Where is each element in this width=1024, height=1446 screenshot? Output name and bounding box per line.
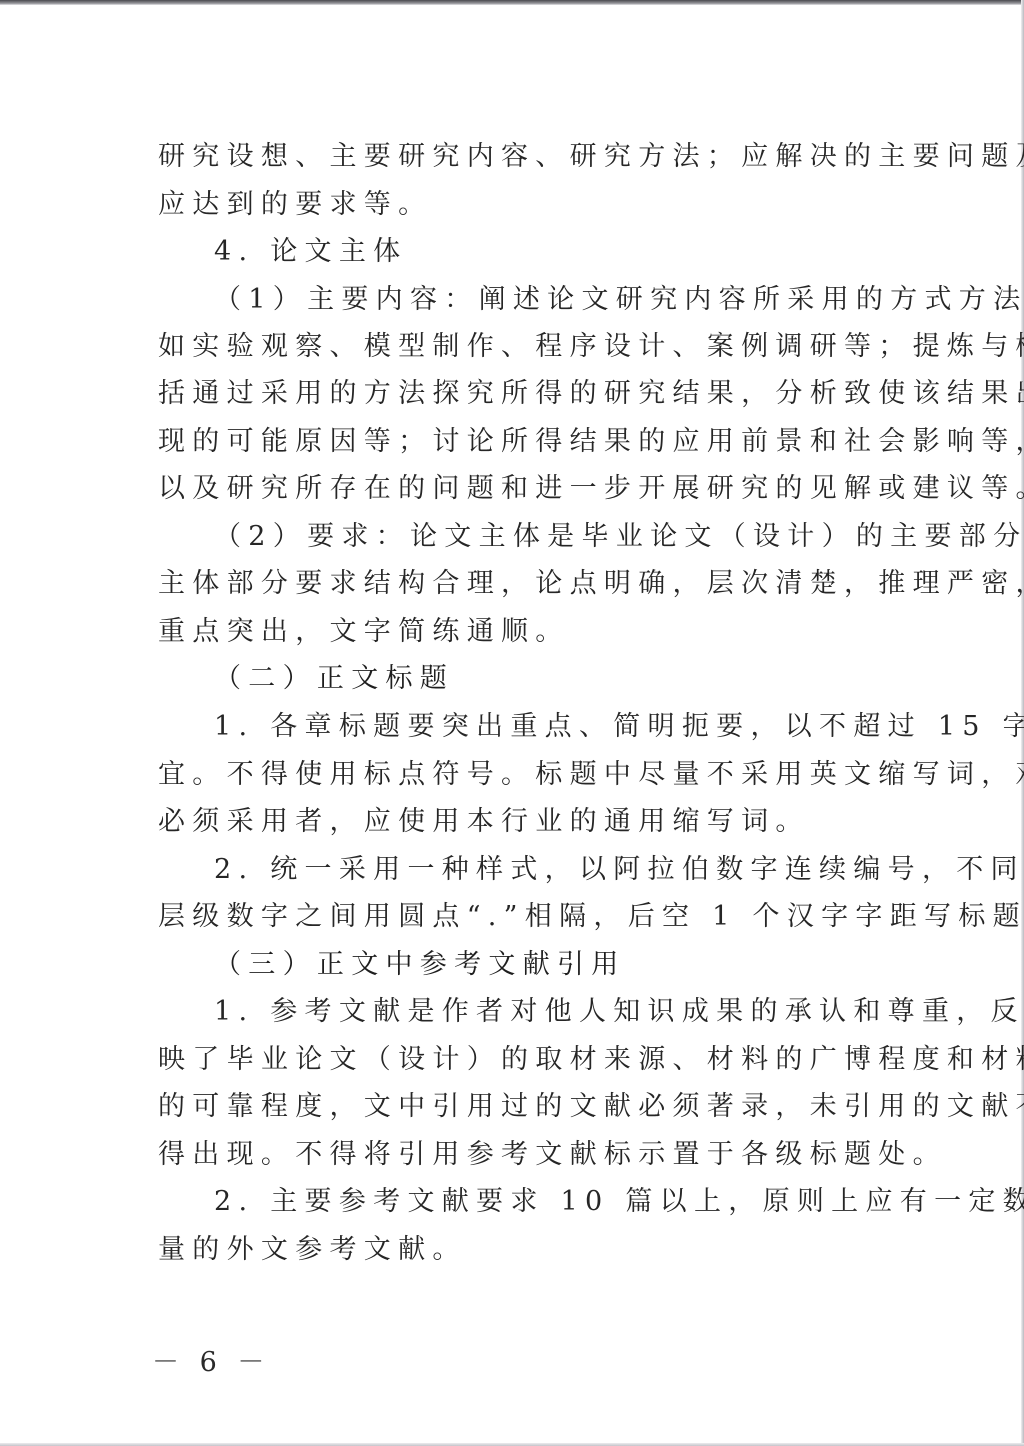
body-text-line: 应达到的要求等。 <box>158 187 870 223</box>
body-text-line: 如实验观察、模型制作、程序设计、案例调研等；提炼与概 <box>158 329 870 365</box>
body-text-line: 层级数字之间用圆点“.”相隔，后空 1 个汉字字距写标题。 <box>158 899 870 935</box>
body-text-line: 重点突出，文字简练通顺。 <box>158 614 870 650</box>
page-number: － 6 － <box>152 1346 270 1380</box>
body-text-line: 得出现。不得将引用参考文献标示置于各级标题处。 <box>158 1137 870 1173</box>
body-text-line: 必须采用者，应使用本行业的通用缩写词。 <box>158 804 870 840</box>
body-text-line: 宜。不得使用标点符号。标题中尽量不采用英文缩写词，对 <box>158 757 870 793</box>
paragraph-start: 2. 统一采用一种样式，以阿拉伯数字连续编号，不同 <box>214 852 870 888</box>
paragraph-start: （2）要求：论文主体是毕业论文（设计）的主要部分， <box>214 519 870 555</box>
body-text-line: 研究设想、主要研究内容、研究方法；应解决的主要问题及 <box>158 139 870 175</box>
subsection-heading: 4. 论文主体 <box>214 234 870 270</box>
paragraph-start: （1）主要内容：阐述论文研究内容所采用的方式方法， <box>214 282 870 318</box>
body-text-line: 主体部分要求结构合理，论点明确，层次清楚，推理严密， <box>158 566 870 602</box>
body-text-line: 映了毕业论文（设计）的取材来源、材料的广博程度和材料 <box>158 1042 870 1078</box>
paragraph-start: 2. 主要参考文献要求 10 篇以上，原则上应有一定数 <box>214 1184 870 1220</box>
body-text-line: 以及研究所存在的问题和进一步开展研究的见解或建议等。 <box>158 471 870 507</box>
body-text-line: 量的外文参考文献。 <box>158 1232 870 1268</box>
body-text-line: 的可靠程度，文中引用过的文献必须著录，未引用的文献不 <box>158 1089 870 1125</box>
paragraph-start: 1. 参考文献是作者对他人知识成果的承认和尊重，反 <box>214 994 870 1030</box>
document-page: 研究设想、主要研究内容、研究方法；应解决的主要问题及 应达到的要求等。 4. 论… <box>0 0 1024 1446</box>
section-heading: （二）正文标题 <box>214 661 870 697</box>
section-heading: （三）正文中参考文献引用 <box>214 947 870 983</box>
body-text-line: 现的可能原因等；讨论所得结果的应用前景和社会影响等， <box>158 424 870 460</box>
paragraph-start: 1. 各章标题要突出重点、简明扼要，以不超过 15 字为 <box>214 709 870 745</box>
body-text-line: 括通过采用的方法探究所得的研究结果，分析致使该结果出 <box>158 376 870 412</box>
